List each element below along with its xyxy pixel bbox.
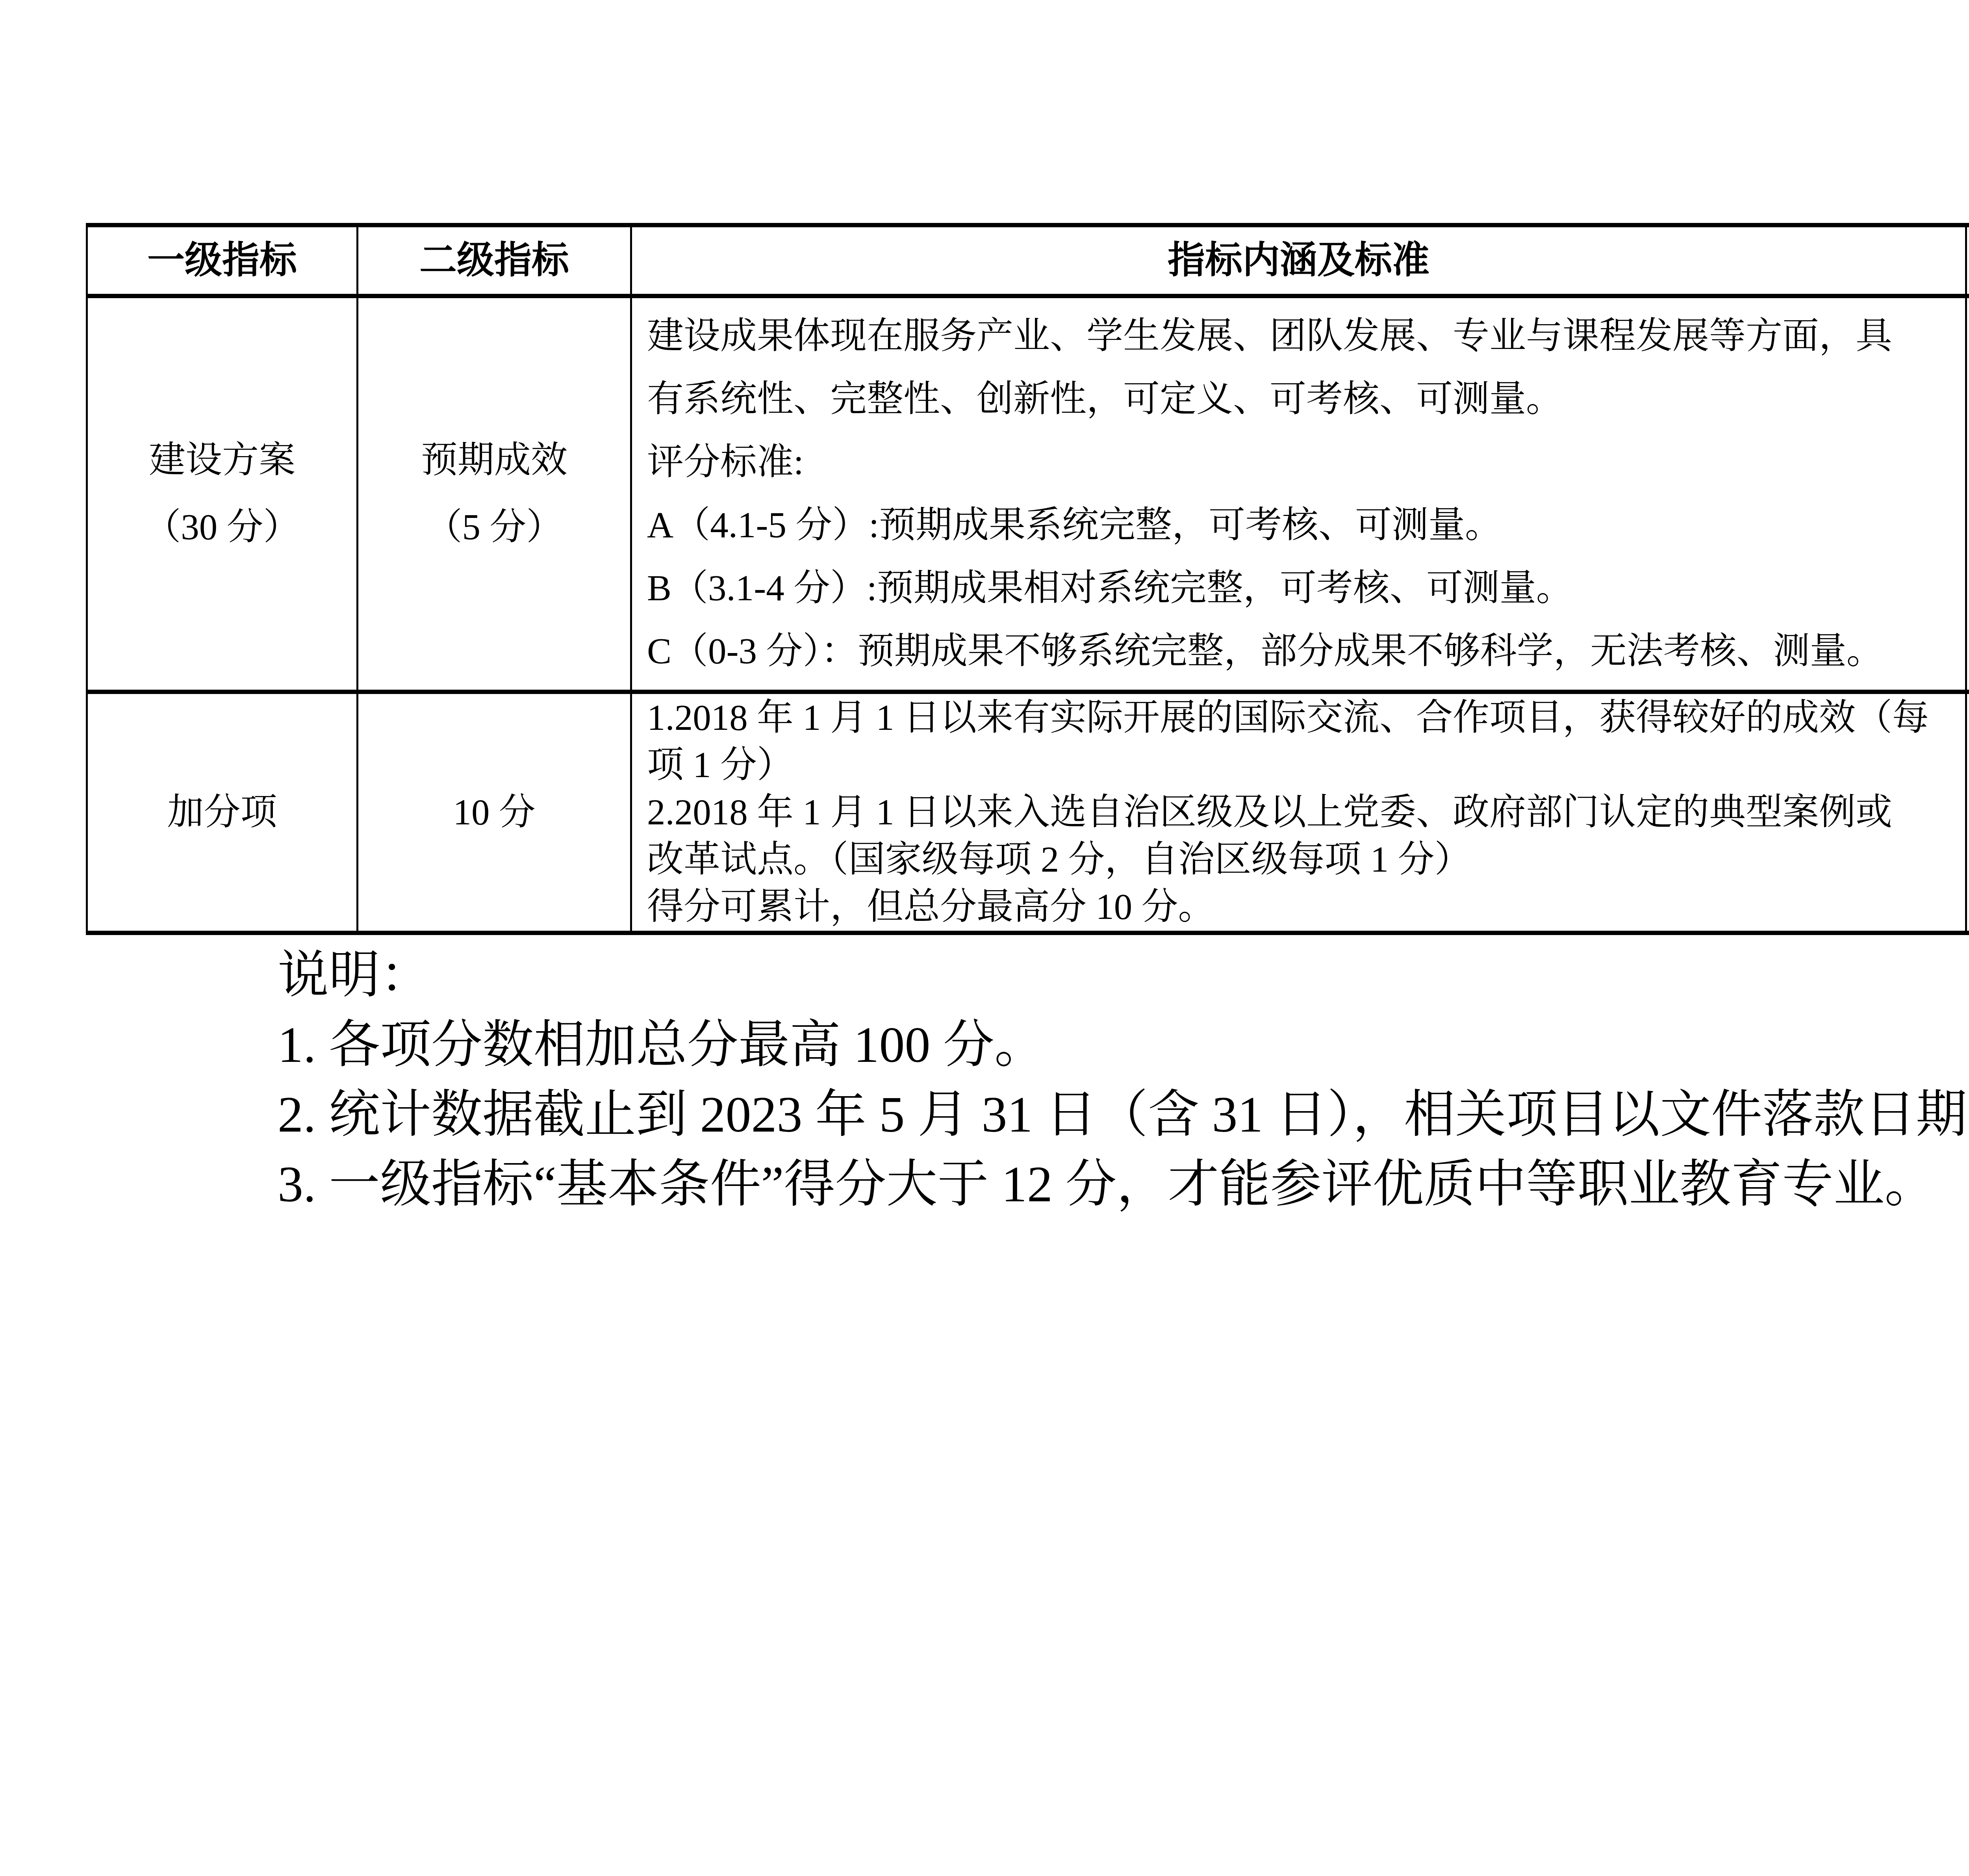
cell-level2-indicator: 10 分	[358, 692, 631, 933]
document-page: 一级指标 二级指标 指标内涵及标准 支撑材料 备注 建设方案 （30 分） 预期…	[0, 0, 1969, 1876]
text-line: C（0-3 分）：预期成果不够系统完整，部分成果不够科学，无法考核、测量。	[647, 620, 1954, 683]
table-row-bonus-items: 加分项 10 分 1.2018 年 1 月 1 日以来有实际开展的国际交流、合作…	[87, 692, 1969, 933]
text-line: 建设成果体现在服务产业、学生发展、团队发展、专业与课程发展等方面，具	[647, 305, 1954, 368]
col-header-level2-indicator: 二级指标	[358, 225, 631, 296]
text-line: 1.2018 年 1 月 1 日以来有实际开展的国际交流、合作项目，获得较好的成…	[647, 694, 1954, 742]
cell-text: 预期成效 （5 分）	[358, 427, 630, 561]
col-header-level1-indicator: 一级指标	[87, 225, 358, 296]
text-line: 得分可累计，但总分最高分 10 分。	[647, 883, 1954, 931]
text-line: B（3.1-4 分）:预期成果相对系统完整，可考核、可测量。	[647, 557, 1954, 620]
text-line: 预期成效	[358, 427, 630, 494]
cell-level1-indicator: 加分项	[87, 692, 358, 933]
cell-criteria: 建设成果体现在服务产业、学生发展、团队发展、专业与课程发展等方面，具 有系统性、…	[631, 296, 1966, 692]
evaluation-criteria-table: 一级指标 二级指标 指标内涵及标准 支撑材料 备注 建设方案 （30 分） 预期…	[86, 223, 1969, 935]
cell-level2-indicator: 预期成效 （5 分）	[358, 296, 631, 692]
table-header-row: 一级指标 二级指标 指标内涵及标准 支撑材料 备注	[87, 225, 1969, 296]
text-line: 加分项	[88, 779, 356, 846]
cell-materials: 成果清单及证明材料	[1966, 692, 1969, 933]
text-line: 2.2018 年 1 月 1 日以来入选自治区级及以上党委、政府部门认定的典型案…	[647, 789, 1954, 836]
cell-text: 加分项	[88, 779, 356, 846]
note-item: 3. 一级指标“基本条件”得分大于 12 分，才能参评优质中等职业教育专业。	[278, 1150, 1969, 1219]
text-line: A（4.1-5 分）:预期成果系统完整，可考核、可测量。	[647, 494, 1954, 557]
note-item: 1. 各项分数相加总分最高 100 分。	[278, 1010, 1969, 1080]
text-line: 项 1 分）	[647, 742, 1954, 789]
cell-criteria: 1.2018 年 1 月 1 日以来有实际开展的国际交流、合作项目，获得较好的成…	[631, 692, 1966, 933]
text-line: 10 分	[358, 779, 630, 846]
col-header-materials: 支撑材料	[1966, 225, 1969, 296]
text-line: 改革试点。（国家级每项 2 分，自治区级每项 1 分）	[647, 836, 1954, 883]
table-row-construction-plan: 建设方案 （30 分） 预期成效 （5 分） 建设成果体现在服务产业、学生发展、…	[87, 296, 1969, 692]
text-line: 建设方案	[88, 427, 356, 494]
text-line: （30 分）	[88, 494, 356, 561]
cell-text: 10 分	[358, 779, 630, 846]
cell-text: 建设方案 （30 分）	[88, 427, 356, 561]
note-item: 2. 统计数据截止到 2023 年 5 月 31 日（含 31 日），相关项目以…	[278, 1080, 1969, 1150]
text-line: 有系统性、完整性、创新性，可定义、可考核、可测量。	[647, 368, 1954, 431]
col-header-criteria: 指标内涵及标准	[631, 225, 1966, 296]
notes-section: 说明： 1. 各项分数相加总分最高 100 分。 2. 统计数据截止到 2023…	[278, 941, 1969, 1219]
cell-level1-indicator: 建设方案 （30 分）	[87, 296, 358, 692]
cell-materials: 建设方案	[1966, 296, 1969, 692]
text-line: 评分标准:	[647, 431, 1954, 494]
text-line: （5 分）	[358, 494, 630, 561]
notes-title: 说明：	[278, 941, 1969, 1010]
